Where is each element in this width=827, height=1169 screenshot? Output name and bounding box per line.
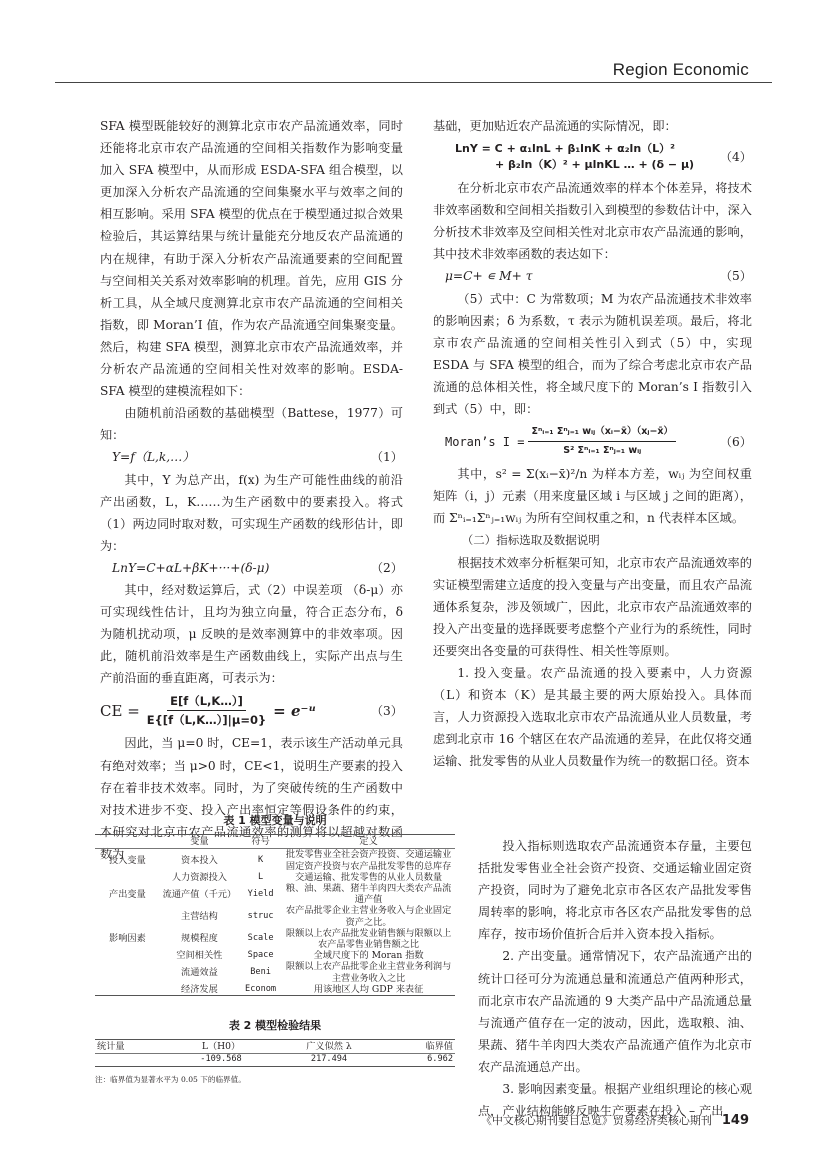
fraction-numerator: Σⁿᵢ₌₁ Σⁿⱼ₌₁ wᵢⱼ（xᵢ−x̄）（xⱼ−x̄） [528,424,676,442]
equation-1: Y=f（L,k,…） （1） [100,446,403,468]
table-caption: 表 1 模型变量与说明 [95,815,455,826]
paragraph: 其中，经对数运算后，式（2）中误差项 （δ-μ）亦可实现线性估计，且均为独立向量… [100,579,403,689]
equation-6: Moran’s I = Σⁿᵢ₌₁ Σⁿⱼ₌₁ wᵢⱼ（xᵢ−x̄）（xⱼ−x̄… [433,424,752,459]
table-cell [95,984,160,996]
table-header: 统计量 [95,1040,167,1054]
paragraph: （5）式中：C 为常数项；M 为农产品流通技术非效率的影响因素；δ 为系数，τ … [433,288,752,421]
section-subheading: （二）指标选取及数据说明 [433,529,752,551]
table-1-grid: 变量 符号 定义 投入变量 资本投入 K 批发零售业全社会资产投资、交通运输业固… [95,834,455,996]
table-1: 表 1 模型变量与说明 变量 符号 定义 投入变量 资本投入 K 批发零售业全社… [95,815,455,996]
equation-4: LnY = C + α₁lnL + β₁lnK + α₂ln（L）² + β₂l… [433,141,752,173]
table-cell: Econom [239,984,282,996]
equation-formula: LnY=C+αL+βK+···+(δ-μ) [100,557,269,579]
header-rule [55,82,772,83]
table-cell: 主营结构 [160,905,239,927]
paragraph: 基础，更加贴近农产品流通的实际情况，即： [433,115,752,137]
equation-lhs: Moran’s I = [445,431,524,453]
table-row: 主营结构 struc 农产品批零企业主营业务收入与企业固定资产之比。 [95,905,455,927]
table-header-row: 变量 符号 定义 [95,835,455,849]
equation-2: LnY=C+αL+βK+···+(δ-μ) （2） [100,557,403,579]
right-column: 基础，更加贴近农产品流通的实际情况，即： LnY = C + α₁lnL + β… [433,115,752,772]
equation-line: + β₂ln（K）² + μlnKL … + (δ − μ) [455,157,694,173]
table-caption: 表 2 模型检验结果 [95,1020,455,1031]
equation-lhs: CE = [100,700,140,722]
paragraph: 在分析北京市农产品流通效率的样本个体差异，将技术非效率函数和空间相关指数引入到模… [433,177,752,265]
table-cell: Scale [239,928,282,950]
table-header: 广义似然 λ [275,1040,383,1054]
table-cell: 全域尺度下的 Moran 指数 [282,950,455,961]
table-header: 临界值 [383,1040,455,1054]
fraction-numerator: E[f（L,K…）] [167,693,246,711]
table-2: 表 2 模型检验结果 统计量 L（H0） 广义似然 λ 临界值 -109.568… [95,1020,455,1085]
table-cell: 农产品批零企业主营业务收入与企业固定资产之比。 [282,905,455,927]
equation-number: （1） [371,446,403,468]
table-cell: 产出变量 [95,883,160,905]
table-row: 影响因素 规模程度 Scale 限额以上农产品批发业销售额与限额以上农产品零售业… [95,928,455,950]
table-cell: 交通运输、批发零售的从业人员数量 [282,872,455,883]
equation-3: CE = E[f（L,K…）] E{[f（L,K…）]|μ=0} = e⁻ᵘ （… [100,693,403,728]
table-cell: 空间相关性 [160,950,239,961]
table-cell: K [239,849,282,872]
table-cell: 限额以上农产品批零企业主营业务利润与主营业务收入之比 [282,961,455,983]
table-row: 经济发展 Econom 用该地区人均 GDP 来表征 [95,984,455,996]
table-row: -109.568 217.494 6.962 [95,1054,455,1066]
table-cell: 限额以上农产品批发业销售额与限额以上农产品零售业销售额之比 [282,928,455,950]
table-row: 投入变量 资本投入 K 批发零售业全社会资产投资、交通运输业固定资产投资与农产品… [95,849,455,872]
table-cell: Yield [239,883,282,905]
paragraph: 2. 产出变量。通常情况下，农产品流通产出的统计口径可分为流通总量和流通总产值两… [478,945,752,1078]
table-cell: 批发零售业全社会资产投资、交通运输业固定资产投资与农产品批发零售的总库存 [282,849,455,872]
fraction-denominator: E{[f（L,K…）]|μ=0} [144,711,269,728]
table-cell: 流通效益 [160,961,239,983]
table-cell: 影响因素 [95,928,160,950]
table-cell: 6.962 [383,1054,455,1066]
table-header: L（H0） [167,1040,275,1054]
table-row: 人力资源投入 L 交通运输、批发零售的从业人员数量 [95,872,455,883]
paragraph: SFA 模型既能较好的测算北京市农产品流通效率，同时还能将北京市农产品流通的空间… [100,115,403,402]
table-cell [95,950,160,961]
equation-number: （6） [720,431,752,453]
table-header: 变量 [160,835,239,849]
table-header: 符号 [239,835,282,849]
equation-number: （2） [371,557,403,579]
journal-name: 《中文核心期刊要目总览》贸易经济类核心期刊 [481,1114,712,1127]
table-cell [95,1054,167,1066]
table-cell: 流通产值（千元） [160,883,239,905]
running-header-title: Region Economic [613,60,749,80]
table-cell: L [239,872,282,883]
table-row: 空间相关性 Space 全域尺度下的 Moran 指数 [95,950,455,961]
table-cell: Beni [239,961,282,983]
equation-fraction: Σⁿᵢ₌₁ Σⁿⱼ₌₁ wᵢⱼ（xᵢ−x̄）（xⱼ−x̄） S² Σⁿᵢ₌₁ Σ… [528,424,676,459]
equation-number: （4） [720,146,752,168]
table-cell: 粮、油、果蔬、猪牛羊肉四大类农产品流通产值 [282,883,455,905]
table-cell: 217.494 [275,1054,383,1066]
table-cell [95,905,160,927]
right-column-tail: 投入指标则选取农产品流通资本存量，主要包括批发零售业全社会资产投资、交通运输业固… [478,835,752,1122]
left-column: SFA 模型既能较好的测算北京市农产品流通效率，同时还能将北京市农产品流通的空间… [100,115,403,865]
page-footer: 《中文核心期刊要目总览》贸易经济类核心期刊149 [481,1112,749,1128]
equation-fraction: E[f（L,K…）] E{[f（L,K…）]|μ=0} [144,693,269,728]
table-cell: 用该地区人均 GDP 来表征 [282,984,455,996]
table-cell: Space [239,950,282,961]
paragraph: 由随机前沿函数的基础模型（Battese，1977）可知： [100,402,403,446]
table-cell: 经济发展 [160,984,239,996]
table-cell: 资本投入 [160,849,239,872]
table-cell: -109.568 [167,1054,275,1066]
table-cell [95,872,160,883]
table-row: 流通效益 Beni 限额以上农产品批零企业主营业务利润与主营业务收入之比 [95,961,455,983]
table-cell [95,961,160,983]
table-cell: 人力资源投入 [160,872,239,883]
paragraph: 1. 投入变量。农产品流通的投入要素中，人力资源（L）和资本（K）是其最主要的两… [433,662,752,772]
equation-number: （3） [371,700,403,722]
table-note: 注：临界值为显著水平为 0.05 下的临界值。 [95,1074,455,1085]
equation-formula: μ=C+ ∊ M+ τ [433,265,532,287]
paragraph: 其中，s² = Σ(xᵢ−x̄)²/n 为样本方差，wᵢⱼ 为空间权重矩阵（i，… [433,463,752,529]
table-cell: 规模程度 [160,928,239,950]
table-cell: 投入变量 [95,849,160,872]
equation-formula: Y=f（L,k,…） [100,446,195,468]
paragraph: 投入指标则选取农产品流通资本存量，主要包括批发零售业全社会资产投资、交通运输业固… [478,835,752,945]
paragraph: 其中，Y 为总产出，f(x) 为生产可能性曲线的前沿产出函数，L，K……为生产函… [100,469,403,557]
table-header: 定义 [282,835,455,849]
paragraph: 根据技术效率分析框架可知，北京市农产品流通效率的实证模型需建立适度的投入变量与产… [433,552,752,662]
equation-line: LnY = C + α₁lnL + β₁lnK + α₂ln（L）² [455,141,694,157]
table-cell: struc [239,905,282,927]
table-2-grid: 统计量 L（H0） 广义似然 λ 临界值 -109.568 217.494 6.… [95,1039,455,1066]
table-header [95,835,160,849]
table-header-row: 统计量 L（H0） 广义似然 λ 临界值 [95,1040,455,1054]
equation-5: μ=C+ ∊ M+ τ （5） [433,265,752,287]
equation-number: （5） [720,265,752,287]
fraction-denominator: S² Σⁿᵢ₌₁ Σⁿⱼ₌₁ wᵢⱼ [560,442,644,459]
equation-rhs: = e⁻ᵘ [273,700,316,722]
page-number: 149 [722,1113,749,1128]
table-row: 产出变量 流通产值（千元） Yield 粮、油、果蔬、猪牛羊肉四大类农产品流通产… [95,883,455,905]
